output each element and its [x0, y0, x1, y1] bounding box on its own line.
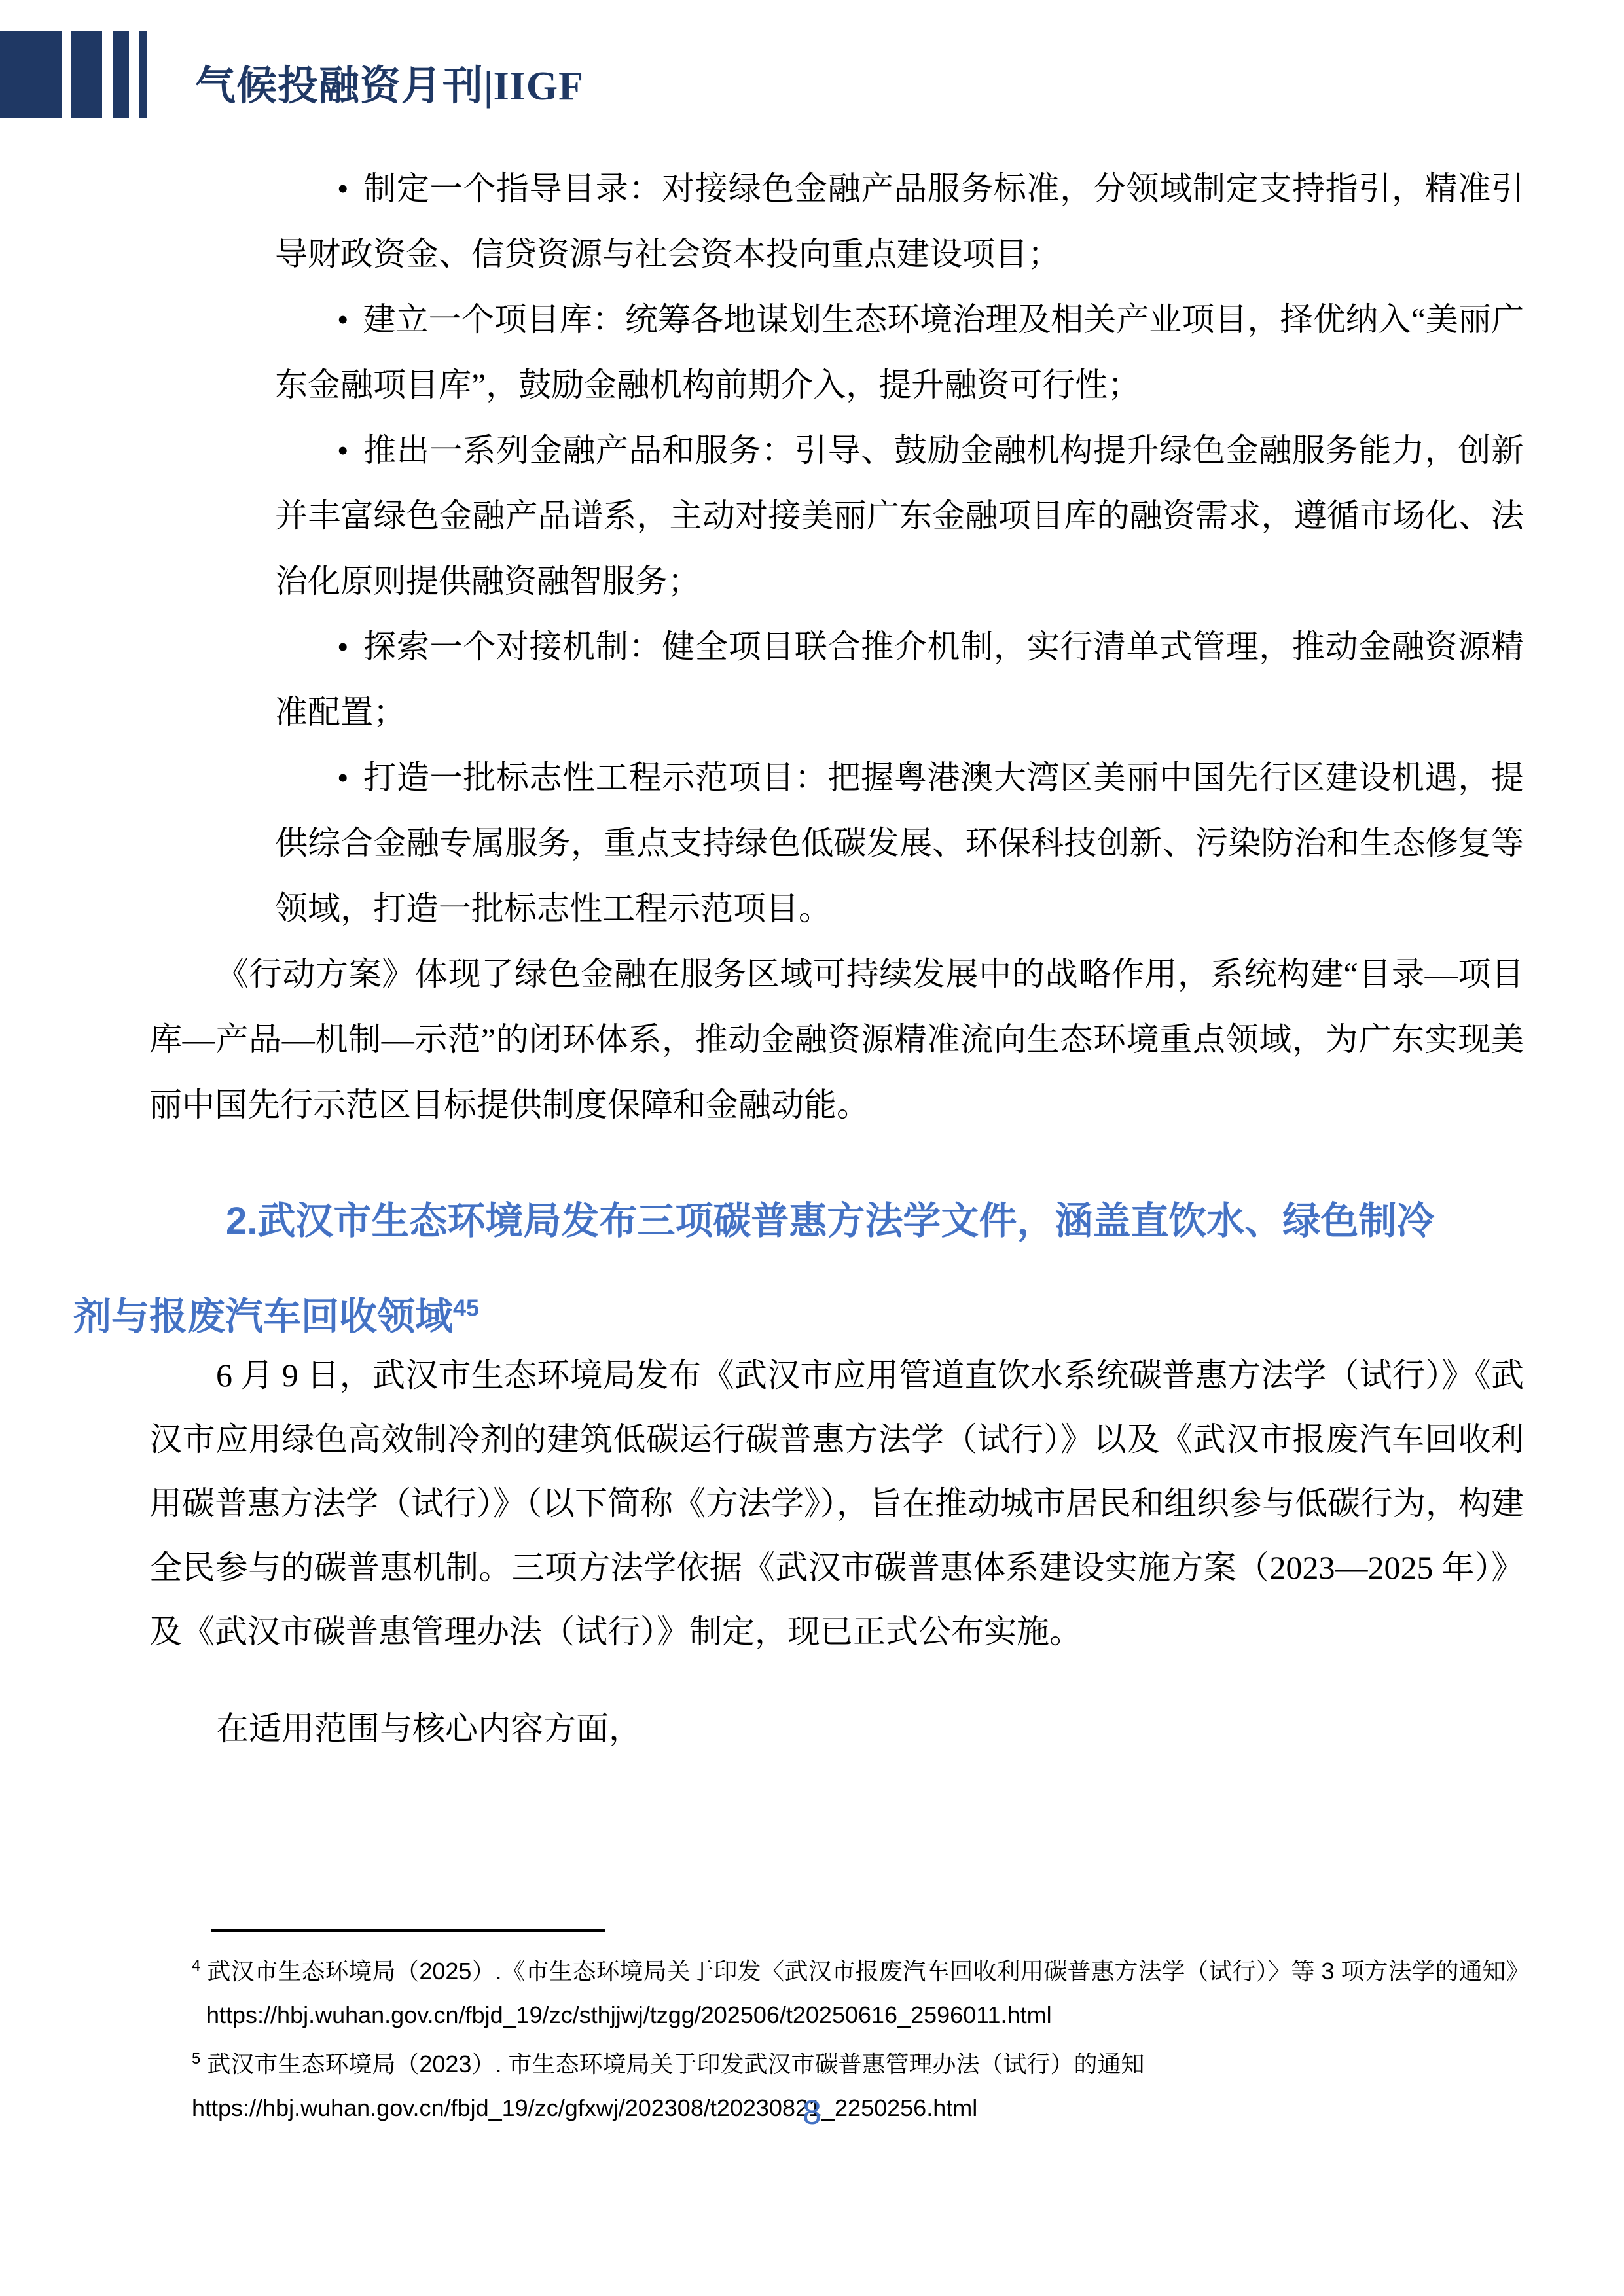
iigf-logo-bar-icon	[139, 31, 147, 118]
bullet-icon: •	[337, 628, 349, 665]
bullet-icon: •	[337, 170, 349, 207]
section-heading-line1: 2.武汉市生态环境局发布三项碳普惠方法学文件，涵盖直饮水、绿色制冷	[73, 1174, 1559, 1269]
bullet-text: 探索一个对接机制：健全项目联合推介机制，实行清单式管理，推动金融资源精准配置；	[275, 628, 1524, 730]
footnote-link[interactable]: https://hbj.wuhan.gov.cn/fbjd_19/zc/sthj…	[192, 1993, 1606, 2037]
journal-title: 气候投融资月刊|IIGF	[195, 62, 584, 111]
section-heading-text: 剂与报废汽车回收领域	[73, 1295, 453, 1338]
list-item: •探索一个对接机制：健全项目联合推介机制，实行清单式管理，推动金融资源精准配置；	[275, 614, 1524, 745]
closing-paragraph: 在适用范围与核心内容方面，	[149, 1696, 1524, 1761]
document-page: 气候投融资月刊|IIGF •制定一个指导目录：对接绿色金融产品服务标准，分领域制…	[0, 0, 1624, 2296]
list-item: •推出一系列金融产品和服务：引导、鼓励金融机构提升绿色金融服务能力，创新并丰富绿…	[275, 418, 1524, 614]
footnote-text: 武汉市生态环境局（2023）. 市生态环境局关于印发武汉市碳普惠管理办法（试行）…	[207, 2051, 1144, 2077]
bullet-list: •制定一个指导目录：对接绿色金融产品服务标准，分领域制定支持指引，精准引导财政资…	[149, 156, 1524, 941]
footnote-item: 5武汉市生态环境局（2023）. 市生态环境局关于印发武汉市碳普惠管理办法（试行…	[192, 2037, 1606, 2086]
section-heading: 2.武汉市生态环境局发布三项碳普惠方法学文件，涵盖直饮水、绿色制冷 剂与报废汽车…	[73, 1174, 1559, 1365]
footnote-marker: 4	[192, 1957, 200, 1975]
list-item: •打造一批标志性工程示范项目：把握粤港澳大湾区美丽中国先行区建设机遇，提供综合金…	[275, 745, 1524, 941]
bullet-icon: •	[337, 301, 349, 338]
footnote-separator	[211, 1929, 605, 1932]
iigf-logo-bar-icon	[71, 31, 102, 118]
iigf-logo-bar-icon	[113, 31, 129, 118]
body-text-block: •制定一个指导目录：对接绿色金融产品服务标准，分领域制定支持指引，精准引导财政资…	[149, 156, 1524, 1138]
bullet-text: 制定一个指导目录：对接绿色金融产品服务标准，分领域制定支持指引，精准引导财政资金…	[275, 170, 1524, 272]
list-item: •建立一个项目库：统筹各地谋划生态环境治理及相关产业项目，择优纳入“美丽广东金融…	[275, 287, 1524, 418]
footnote-text: 武汉市生态环境局（2025）.《市生态环境局关于印发〈武汉市报废汽车回收利用碳普…	[207, 1958, 1529, 1984]
bullet-text: 推出一系列金融产品和服务：引导、鼓励金融机构提升绿色金融服务能力，创新并丰富绿色…	[275, 432, 1524, 600]
bullet-icon: •	[337, 432, 349, 469]
page-number: 8	[0, 2093, 1624, 2132]
bullet-text: 建立一个项目库：统筹各地谋划生态环境治理及相关产业项目，择优纳入“美丽广东金融项…	[275, 301, 1524, 403]
list-item: •制定一个指导目录：对接绿色金融产品服务标准，分领域制定支持指引，精准引导财政资…	[275, 156, 1524, 287]
footnote-item: 4武汉市生态环境局（2025）.《市生态环境局关于印发〈武汉市报废汽车回收利用碳…	[192, 1944, 1606, 1993]
summary-paragraph: 《行动方案》体现了绿色金融在服务区域可持续发展中的战略作用，系统构建“目录—项目…	[149, 941, 1524, 1138]
bullet-icon: •	[337, 759, 349, 796]
bullet-text: 打造一批标志性工程示范项目：把握粤港澳大湾区美丽中国先行区建设机遇，提供综合金融…	[275, 759, 1524, 927]
news-paragraph: 6 月 9 日，武汉市生态环境局发布《武汉市应用管道直饮水系统碳普惠方法学（试行…	[149, 1343, 1524, 1664]
iigf-logo-bar-icon	[0, 31, 62, 118]
footnote-reference: 45	[453, 1295, 479, 1321]
footnote-marker: 5	[192, 2050, 200, 2068]
